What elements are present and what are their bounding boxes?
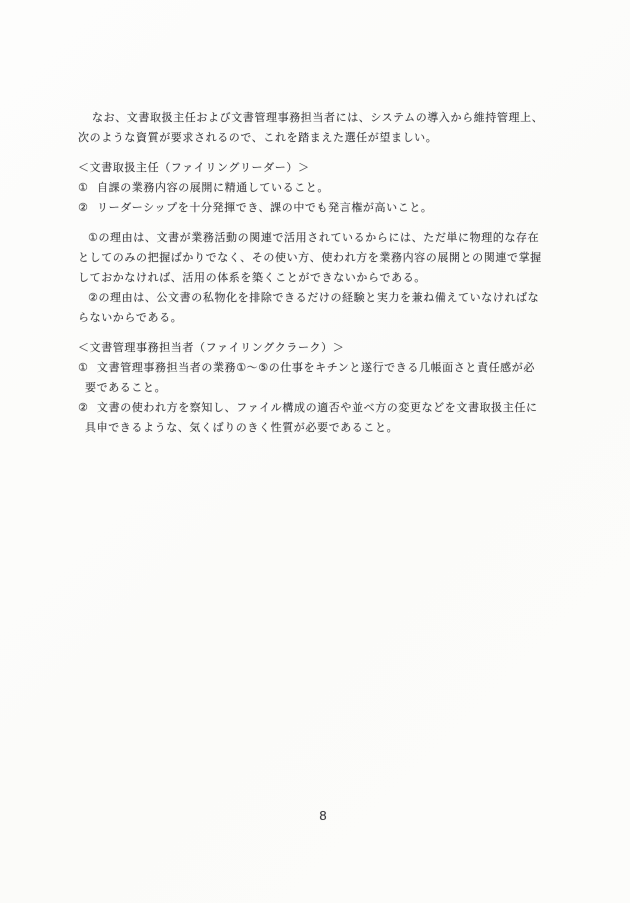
list-item-continuation: 要であること。: [78, 378, 560, 398]
list-item-text: リーダーシップを十分発揮でき、課の中でも発言権が高いこと。: [97, 198, 433, 218]
list-item-number: ①: [78, 358, 97, 378]
list-item-text: 文書の使われ方を察知し、ファイル構成の適否や並べ方の変更などを文書取扱主任に: [97, 398, 538, 418]
page-content: なお、文書取扱主任および文書管理事務担当者には、システムの導入から維持管理上、 …: [0, 0, 630, 438]
reason-line: としてのみの把握ばかりでなく、その使い方、使われ方を業務内容の展開との関連で掌握: [78, 248, 560, 268]
list-item-number: ①: [78, 178, 97, 198]
list-item: ② 文書の使われ方を察知し、ファイル構成の適否や並べ方の変更などを文書取扱主任に…: [78, 398, 560, 438]
reason-line: しておかなければ、活用の体系を築くことができないからである。: [78, 268, 560, 288]
reason-paragraph: ①の理由は、文書が業務活動の関連で活用されているからには、ただ単に物理的な存在 …: [78, 228, 560, 328]
section-heading: ＜文書取扱主任（ファイリングリーダー）＞: [78, 158, 560, 178]
page-number: 8: [0, 806, 630, 826]
list-item-number: ②: [78, 398, 97, 418]
document-page: なお、文書取扱主任および文書管理事務担当者には、システムの導入から維持管理上、 …: [0, 0, 630, 903]
list-item-number: ②: [78, 198, 97, 218]
reason-line: ①の理由は、文書が業務活動の関連で活用されているからには、ただ単に物理的な存在: [78, 228, 560, 248]
section-filing-leader: ＜文書取扱主任（ファイリングリーダー）＞ ① 自課の業務内容の展開に精通している…: [78, 158, 560, 328]
intro-paragraph: なお、文書取扱主任および文書管理事務担当者には、システムの導入から維持管理上、 …: [78, 108, 560, 148]
intro-line: なお、文書取扱主任および文書管理事務担当者には、システムの導入から維持管理上、: [78, 108, 560, 128]
reason-line: ②の理由は、公文書の私物化を排除できるだけの経験と実力を兼ね備えていなければな: [78, 288, 560, 308]
list-item-text: 自課の業務内容の展開に精通していること。: [97, 178, 329, 198]
reason-line: らないからである。: [78, 308, 560, 328]
list-item-continuation: 具申できるような、気くばりのきく性質が必要であること。: [78, 418, 560, 438]
section-heading: ＜文書管理事務担当者（ファイリングクラーク）＞: [78, 338, 560, 358]
list-item-text: 文書管理事務担当者の業務①〜⑤の仕事をキチンと遂行できる几帳面さと責任感が必: [97, 358, 535, 378]
list-item: ① 文書管理事務担当者の業務①〜⑤の仕事をキチンと遂行できる几帳面さと責任感が必…: [78, 358, 560, 398]
list-item: ② リーダーシップを十分発揮でき、課の中でも発言権が高いこと。: [78, 198, 560, 218]
section-filing-clerk: ＜文書管理事務担当者（ファイリングクラーク）＞ ① 文書管理事務担当者の業務①〜…: [78, 338, 560, 438]
intro-line: 次のような資質が要求されるので、これを踏まえた選任が望ましい。: [78, 128, 560, 148]
list-item: ① 自課の業務内容の展開に精通していること。: [78, 178, 560, 198]
